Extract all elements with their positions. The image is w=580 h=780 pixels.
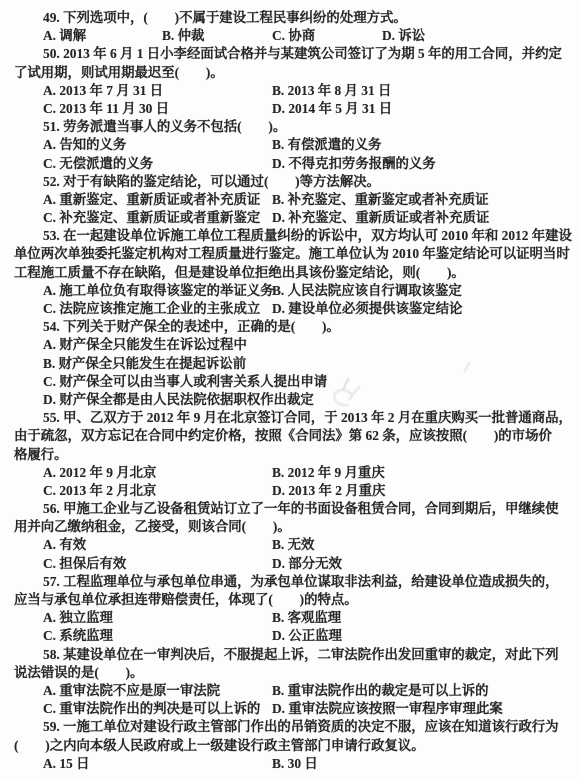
option-row: A. 有效 B. 无效	[14, 536, 566, 554]
question-52: 52. 对于有缺陷的鉴定结论，可以通过( )等方法解决。 A. 重新鉴定、重新质…	[14, 173, 566, 228]
option-57-A: A. 独立监理	[43, 609, 272, 627]
option-row: D. 财产保全都是由人民法院依据职权作出裁定	[14, 391, 566, 409]
option-58-D: D. 重审法院应该按照一审程序审理此案	[272, 700, 566, 718]
option-49-D: D. 诉讼	[382, 27, 566, 45]
option-52-D: D. 补充鉴定、重新质证或者补充质证	[272, 209, 566, 227]
option-52-A: A. 重新鉴定、重新质证或者补充质证	[43, 191, 272, 209]
option-row: C. 无偿派遣的义务 D. 不得克扣劳务报酬的义务	[14, 155, 566, 173]
question-stem-line: 57. 工程监理单位与承包单位串通，为承包单位谋取非法利益，给建设单位造成损失的…	[14, 573, 566, 591]
option-row: C. 系统监理 D. 公正监理	[14, 627, 566, 645]
option-row: C. 重审法院作出的判决是可以上诉的 D. 重审法院应该按照一审程序审理此案	[14, 700, 566, 718]
question-stem-line: 54. 下列关于财产保全的表述中，正确的是( )。	[14, 318, 566, 336]
option-56-B: B. 无效	[272, 536, 566, 554]
question-51: 51. 劳务派遣当事人的义务不包括( )。 A. 告知的义务 B. 有偿派遣的义…	[14, 118, 566, 173]
option-56-C: C. 担保后有效	[43, 555, 272, 573]
question-stem-line: 51. 劳务派遣当事人的义务不包括( )。	[14, 118, 566, 136]
option-50-C: C. 2013 年 11 月 30 日	[43, 100, 272, 118]
question-stem-line: 55. 甲、乙双方于 2012 年 9 月在北京签订合同，于 2013 年 2 …	[14, 409, 566, 427]
option-58-A: A. 重审法院不应是原一审法院	[43, 682, 272, 700]
option-53-A: A. 施工单位负有取得该鉴定的举证义务	[43, 282, 272, 300]
option-57-B: B. 客观监理	[272, 609, 566, 627]
question-59: 59. 一施工单位对建设行政主管部门作出的吊销资质的决定不服，应该在知道该行政行…	[14, 718, 566, 773]
option-row: B. 财产保全只能发生在提起诉讼前	[14, 355, 566, 373]
option-49-C: C. 协商	[272, 27, 382, 45]
question-57: 57. 工程监理单位与承包单位串通，为承包单位谋取非法利益，给建设单位造成损失的…	[14, 573, 566, 646]
question-stem-line: 52. 对于有缺陷的鉴定结论，可以通过( )等方法解决。	[14, 173, 566, 191]
option-row: C. 法院应该推定施工企业的主张成立 D. 建设单位必须提供该鉴定结论	[14, 300, 566, 318]
option-58-B: B. 重审法院作出的裁定是可以上诉的	[272, 682, 566, 700]
exam-page: 49. 下列选项中，( )不属于建设工程民事纠纷的处理方式。 A. 调解 B. …	[0, 0, 580, 780]
question-56: 56. 甲施工企业与乙设备租赁站订立了一年的书面设备租赁合同，合同到期后，甲继续…	[14, 500, 566, 573]
question-stem-line: 53. 在一起建设单位诉施工单位工程质量纠纷的诉讼中，双方均认可 2010 年和…	[14, 227, 566, 245]
option-row: A. 重审法院不应是原一审法院 B. 重审法院作出的裁定是可以上诉的	[14, 682, 566, 700]
option-50-D: D. 2014 年 5 月 31 日	[272, 100, 566, 118]
question-58: 58. 某建设单位在一审判决后，不服提起上诉，二审法院作出发回重审的裁定，对此下…	[14, 646, 566, 719]
option-59-B: B. 30 日	[272, 755, 566, 773]
option-54-C: C. 财产保全可以由当事人或利害关系人提出申请	[43, 373, 566, 391]
option-49-B: B. 仲裁	[162, 27, 272, 45]
question-stem-line: 49. 下列选项中，( )不属于建设工程民事纠纷的处理方式。	[14, 9, 566, 27]
option-55-B: B. 2012 年 9 月重庆	[272, 464, 566, 482]
question-stem-line: 由于疏忽，双方忘记在合同中约定价格，按照《合同法》第 62 条，应该按照( )的…	[14, 427, 566, 445]
option-51-A: A. 告知的义务	[43, 136, 272, 154]
option-row: A. 告知的义务 B. 有偿派遣的义务	[14, 136, 566, 154]
question-stem-line: 50. 2013 年 6 月 1 日小李经面试合格并与某建筑公司签订了为期 5 …	[14, 45, 566, 63]
question-stem-line: 单位两次单独委托鉴定机构对工程质量进行鉴定。施工单位认为 2010 年鉴定结论可…	[14, 245, 566, 263]
option-row: C. 2013 年 2 月北京 D. 2013 年 2 月重庆	[14, 482, 566, 500]
option-51-C: C. 无偿派遣的义务	[43, 155, 272, 173]
option-row: A. 调解 B. 仲裁 C. 协商 D. 诉讼	[14, 27, 566, 45]
option-54-B: B. 财产保全只能发生在提起诉讼前	[43, 355, 566, 373]
option-55-A: A. 2012 年 9 月北京	[43, 464, 272, 482]
option-52-C: C. 补充鉴定、重新质证或者重新鉴定	[43, 209, 272, 227]
option-row: A. 重新鉴定、重新质证或者补充质证 B. 补充鉴定、重新鉴定或者补充质证	[14, 191, 566, 209]
option-55-C: C. 2013 年 2 月北京	[43, 482, 272, 500]
question-stem-line: 用并向乙缴纳租金，乙接受，则该合同( )。	[14, 518, 566, 536]
option-row: C. 担保后有效 D. 部分无效	[14, 555, 566, 573]
option-53-C: C. 法院应该推定施工企业的主张成立	[43, 300, 272, 318]
question-stem-line: 说法错误的是( )。	[14, 664, 566, 682]
question-stem-line: 56. 甲施工企业与乙设备租赁站订立了一年的书面设备租赁合同，合同到期后，甲继续…	[14, 500, 566, 518]
question-49: 49. 下列选项中，( )不属于建设工程民事纠纷的处理方式。 A. 调解 B. …	[14, 9, 566, 45]
question-53: 53. 在一起建设单位诉施工单位工程质量纠纷的诉讼中，双方均认可 2010 年和…	[14, 227, 566, 318]
question-stem-line: 58. 某建设单位在一审判决后，不服提起上诉，二审法院作出发回重审的裁定，对此下…	[14, 646, 566, 664]
option-row: C. 2013 年 11 月 30 日 D. 2014 年 5 月 31 日	[14, 100, 566, 118]
option-row: C. 补充鉴定、重新质证或者重新鉴定 D. 补充鉴定、重新质证或者补充质证	[14, 209, 566, 227]
option-row: A. 财产保全只能发生在诉讼过程中	[14, 336, 566, 354]
option-row: A. 2012 年 9 月北京 B. 2012 年 9 月重庆	[14, 464, 566, 482]
option-row: A. 15 日 B. 30 日	[14, 755, 566, 773]
option-row: C. 财产保全可以由当事人或利害关系人提出申请	[14, 373, 566, 391]
question-stem-line: 59. 一施工单位对建设行政主管部门作出的吊销资质的决定不服，应该在知道该行政行…	[14, 718, 566, 736]
option-54-A: A. 财产保全只能发生在诉讼过程中	[43, 336, 566, 354]
option-53-D: D. 建设单位必须提供该鉴定结论	[272, 300, 566, 318]
option-59-A: A. 15 日	[43, 755, 272, 773]
option-52-B: B. 补充鉴定、重新鉴定或者补充质证	[272, 191, 566, 209]
question-stem-line: 工程施工质量不存在缺陷，但是建设单位拒绝出具该份鉴定结论，则( )。	[14, 264, 566, 282]
question-55: 55. 甲、乙双方于 2012 年 9 月在北京签订合同，于 2013 年 2 …	[14, 409, 566, 500]
option-row: A. 独立监理 B. 客观监理	[14, 609, 566, 627]
option-row: A. 施工单位负有取得该鉴定的举证义务 B. 人民法院应该自行调取该鉴定	[14, 282, 566, 300]
option-53-B: B. 人民法院应该自行调取该鉴定	[272, 282, 566, 300]
question-stem-line: 应当与承包单位承担连带赔偿责任，体现了( )的特点。	[14, 591, 566, 609]
option-50-A: A. 2013 年 7 月 31 日	[43, 82, 272, 100]
option-50-B: B. 2013 年 8 月 31 日	[272, 82, 566, 100]
option-row: A. 2013 年 7 月 31 日 B. 2013 年 8 月 31 日	[14, 82, 566, 100]
option-51-B: B. 有偿派遣的义务	[272, 136, 566, 154]
question-50: 50. 2013 年 6 月 1 日小李经面试合格并与某建筑公司签订了为期 5 …	[14, 45, 566, 118]
option-57-C: C. 系统监理	[43, 627, 272, 645]
question-stem-line: ( )之内向本级人民政府或上一级建设行政主管部门申请行政复议。	[14, 737, 566, 755]
option-55-D: D. 2013 年 2 月重庆	[272, 482, 566, 500]
question-stem-line: 格履行。	[14, 446, 566, 464]
question-stem-line: 了试用期，则试用期最迟至( )。	[14, 64, 566, 82]
option-57-D: D. 公正监理	[272, 627, 566, 645]
question-54: 54. 下列关于财产保全的表述中，正确的是( )。 A. 财产保全只能发生在诉讼…	[14, 318, 566, 409]
option-58-C: C. 重审法院作出的判决是可以上诉的	[43, 700, 272, 718]
option-56-A: A. 有效	[43, 536, 272, 554]
option-54-D: D. 财产保全都是由人民法院依据职权作出裁定	[43, 391, 566, 409]
option-49-A: A. 调解	[43, 27, 162, 45]
option-51-D: D. 不得克扣劳务报酬的义务	[272, 155, 566, 173]
option-56-D: D. 部分无效	[272, 555, 566, 573]
